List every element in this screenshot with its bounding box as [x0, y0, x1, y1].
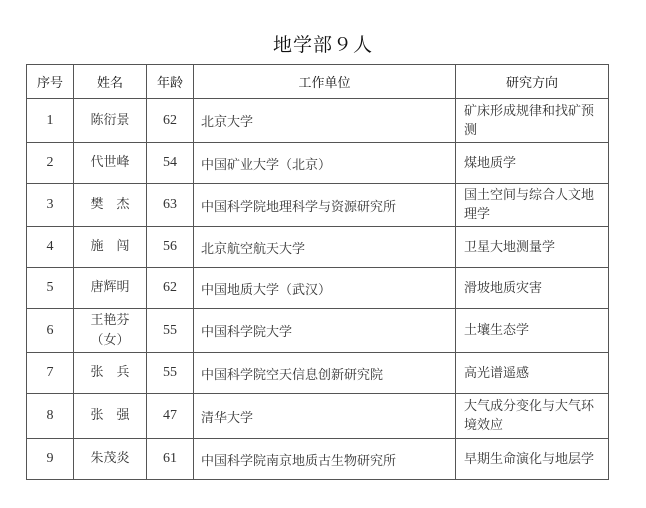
cell-unit: 中国地质大学（武汉）	[194, 268, 456, 309]
cell-unit: 北京大学	[194, 99, 456, 143]
cell-field: 大气成分变化与大气环境效应	[456, 394, 609, 439]
cell-index: 2	[27, 143, 74, 184]
cell-age: 55	[147, 353, 194, 394]
cell-unit: 中国科学院地理科学与资源研究所	[194, 184, 456, 227]
cell-unit: 清华大学	[194, 394, 456, 439]
cell-index: 9	[27, 439, 74, 480]
cell-unit: 北京航空航天大学	[194, 227, 456, 268]
cell-name: 张 兵	[74, 353, 147, 394]
table-header-row: 序号 姓名 年龄 工作单位 研究方向	[27, 65, 609, 99]
cell-unit: 中国科学院空天信息创新研究院	[194, 353, 456, 394]
cell-index: 3	[27, 184, 74, 227]
cell-field: 国土空间与综合人文地理学	[456, 184, 609, 227]
cell-unit: 中国科学院大学	[194, 309, 456, 353]
cell-field: 高光谱遥感	[456, 353, 609, 394]
cell-index: 5	[27, 268, 74, 309]
cell-age: 47	[147, 394, 194, 439]
table-row: 7张 兵55中国科学院空天信息创新研究院高光谱遥感	[27, 353, 609, 394]
cell-name: 代世峰	[74, 143, 147, 184]
cell-age: 63	[147, 184, 194, 227]
table-row: 8张 强47清华大学大气成分变化与大气环境效应	[27, 394, 609, 439]
cell-field: 煤地质学	[456, 143, 609, 184]
table-row: 3樊 杰63中国科学院地理科学与资源研究所国土空间与综合人文地理学	[27, 184, 609, 227]
cell-unit: 中国矿业大学（北京）	[194, 143, 456, 184]
cell-index: 4	[27, 227, 74, 268]
cell-age: 55	[147, 309, 194, 353]
table-row: 2代世峰54中国矿业大学（北京）煤地质学	[27, 143, 609, 184]
header-field: 研究方向	[456, 65, 609, 99]
table-row: 9朱茂炎61中国科学院南京地质古生物研究所早期生命演化与地层学	[27, 439, 609, 480]
cell-index: 8	[27, 394, 74, 439]
cell-age: 54	[147, 143, 194, 184]
cell-name: 张 强	[74, 394, 147, 439]
cell-field: 卫星大地测量学	[456, 227, 609, 268]
cell-field: 土壤生态学	[456, 309, 609, 353]
cell-name: 施 闯	[74, 227, 147, 268]
cell-age: 56	[147, 227, 194, 268]
cell-field: 矿床形成规律和找矿预测	[456, 99, 609, 143]
cell-name: 樊 杰	[74, 184, 147, 227]
table-row: 5唐辉明62中国地质大学（武汉）滑坡地质灾害	[27, 268, 609, 309]
page-title: 地学部９人	[0, 30, 646, 57]
cell-field: 早期生命演化与地层学	[456, 439, 609, 480]
table-row: 6王艳芬 （女）55中国科学院大学土壤生态学	[27, 309, 609, 353]
cell-name: 王艳芬 （女）	[74, 309, 147, 353]
cell-index: 7	[27, 353, 74, 394]
header-unit: 工作单位	[194, 65, 456, 99]
cell-field: 滑坡地质灾害	[456, 268, 609, 309]
header-name: 姓名	[74, 65, 147, 99]
cell-age: 61	[147, 439, 194, 480]
cell-unit: 中国科学院南京地质古生物研究所	[194, 439, 456, 480]
cell-name: 陈衍景	[74, 99, 147, 143]
academicians-table: 序号 姓名 年龄 工作单位 研究方向 1陈衍景62北京大学矿床形成规律和找矿预测…	[26, 64, 609, 480]
cell-index: 6	[27, 309, 74, 353]
table-row: 4施 闯56北京航空航天大学卫星大地测量学	[27, 227, 609, 268]
header-index: 序号	[27, 65, 74, 99]
cell-name: 朱茂炎	[74, 439, 147, 480]
cell-name: 唐辉明	[74, 268, 147, 309]
table-row: 1陈衍景62北京大学矿床形成规律和找矿预测	[27, 99, 609, 143]
cell-age: 62	[147, 99, 194, 143]
cell-index: 1	[27, 99, 74, 143]
cell-age: 62	[147, 268, 194, 309]
header-age: 年龄	[147, 65, 194, 99]
